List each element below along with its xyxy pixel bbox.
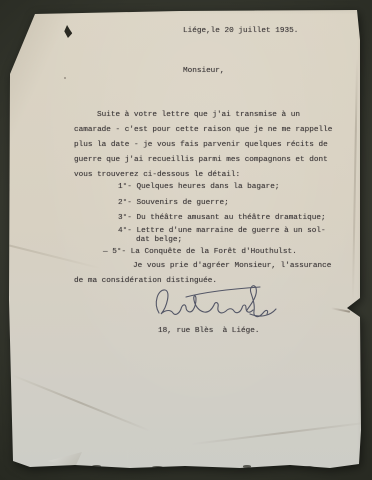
paper-edge-speck <box>343 466 352 469</box>
salutation: Monsieur, <box>183 67 225 75</box>
paper-crease-mid-left <box>9 245 102 270</box>
list-item-5: — 5°- La Conquête de la Forêt d'Houthuls… <box>103 248 297 256</box>
body-line: plus la date - je vous fais parvenir que… <box>74 141 328 149</box>
list-item-3: 3°- Du théâtre amusant au théâtre dramat… <box>118 214 326 222</box>
body-line: camarade - c'est pour cette raison que j… <box>74 126 332 134</box>
paper-crease-bottom-right <box>191 421 372 446</box>
paper-crease-tear-line <box>331 307 350 313</box>
closing-line: Je vous prie d'agréer Monsieur, l'assura… <box>133 262 331 270</box>
paper-edge-speck <box>243 465 251 468</box>
date-line: Liége,le 20 juillet 1935. <box>183 27 298 35</box>
body-line: guerre que j'ai recueillis parmi mes com… <box>74 156 328 164</box>
paper-fold-bottom-left <box>48 452 82 467</box>
paper-tear-mark-top <box>62 24 73 38</box>
list-item-4-wrap: dat belge; <box>136 236 182 244</box>
paper-edge-speck <box>152 466 163 469</box>
signature-handwriting <box>150 283 282 323</box>
body-line: vous trouverez ci-dessous le détail: <box>74 171 240 179</box>
sender-address: 18, rue Blès à Liége. <box>158 327 260 335</box>
list-item-4: 4°- Lettre d'une marraine de guerre à un… <box>118 227 326 235</box>
paper-shadow-wrap: Liége,le 20 juillet 1935. Monsieur, Suit… <box>0 0 372 480</box>
paper-speck-small <box>64 77 66 79</box>
paper-edge-speck <box>301 466 314 469</box>
body-line: Suite à votre lettre que j'ai transmise … <box>97 111 300 119</box>
scanned-letter-photo: Liége,le 20 juillet 1935. Monsieur, Suit… <box>0 0 372 480</box>
paper-crease-bottom-left <box>11 374 151 432</box>
paper-crease-right-vertical <box>352 58 358 300</box>
letter-paper: Liége,le 20 juillet 1935. Monsieur, Suit… <box>0 0 372 480</box>
list-item-2: 2°- Souvenirs de guerre; <box>118 199 229 207</box>
list-item-1: 1°- Quelques heures dans la bagare; <box>118 183 279 191</box>
paper-edge-speck <box>92 465 101 468</box>
